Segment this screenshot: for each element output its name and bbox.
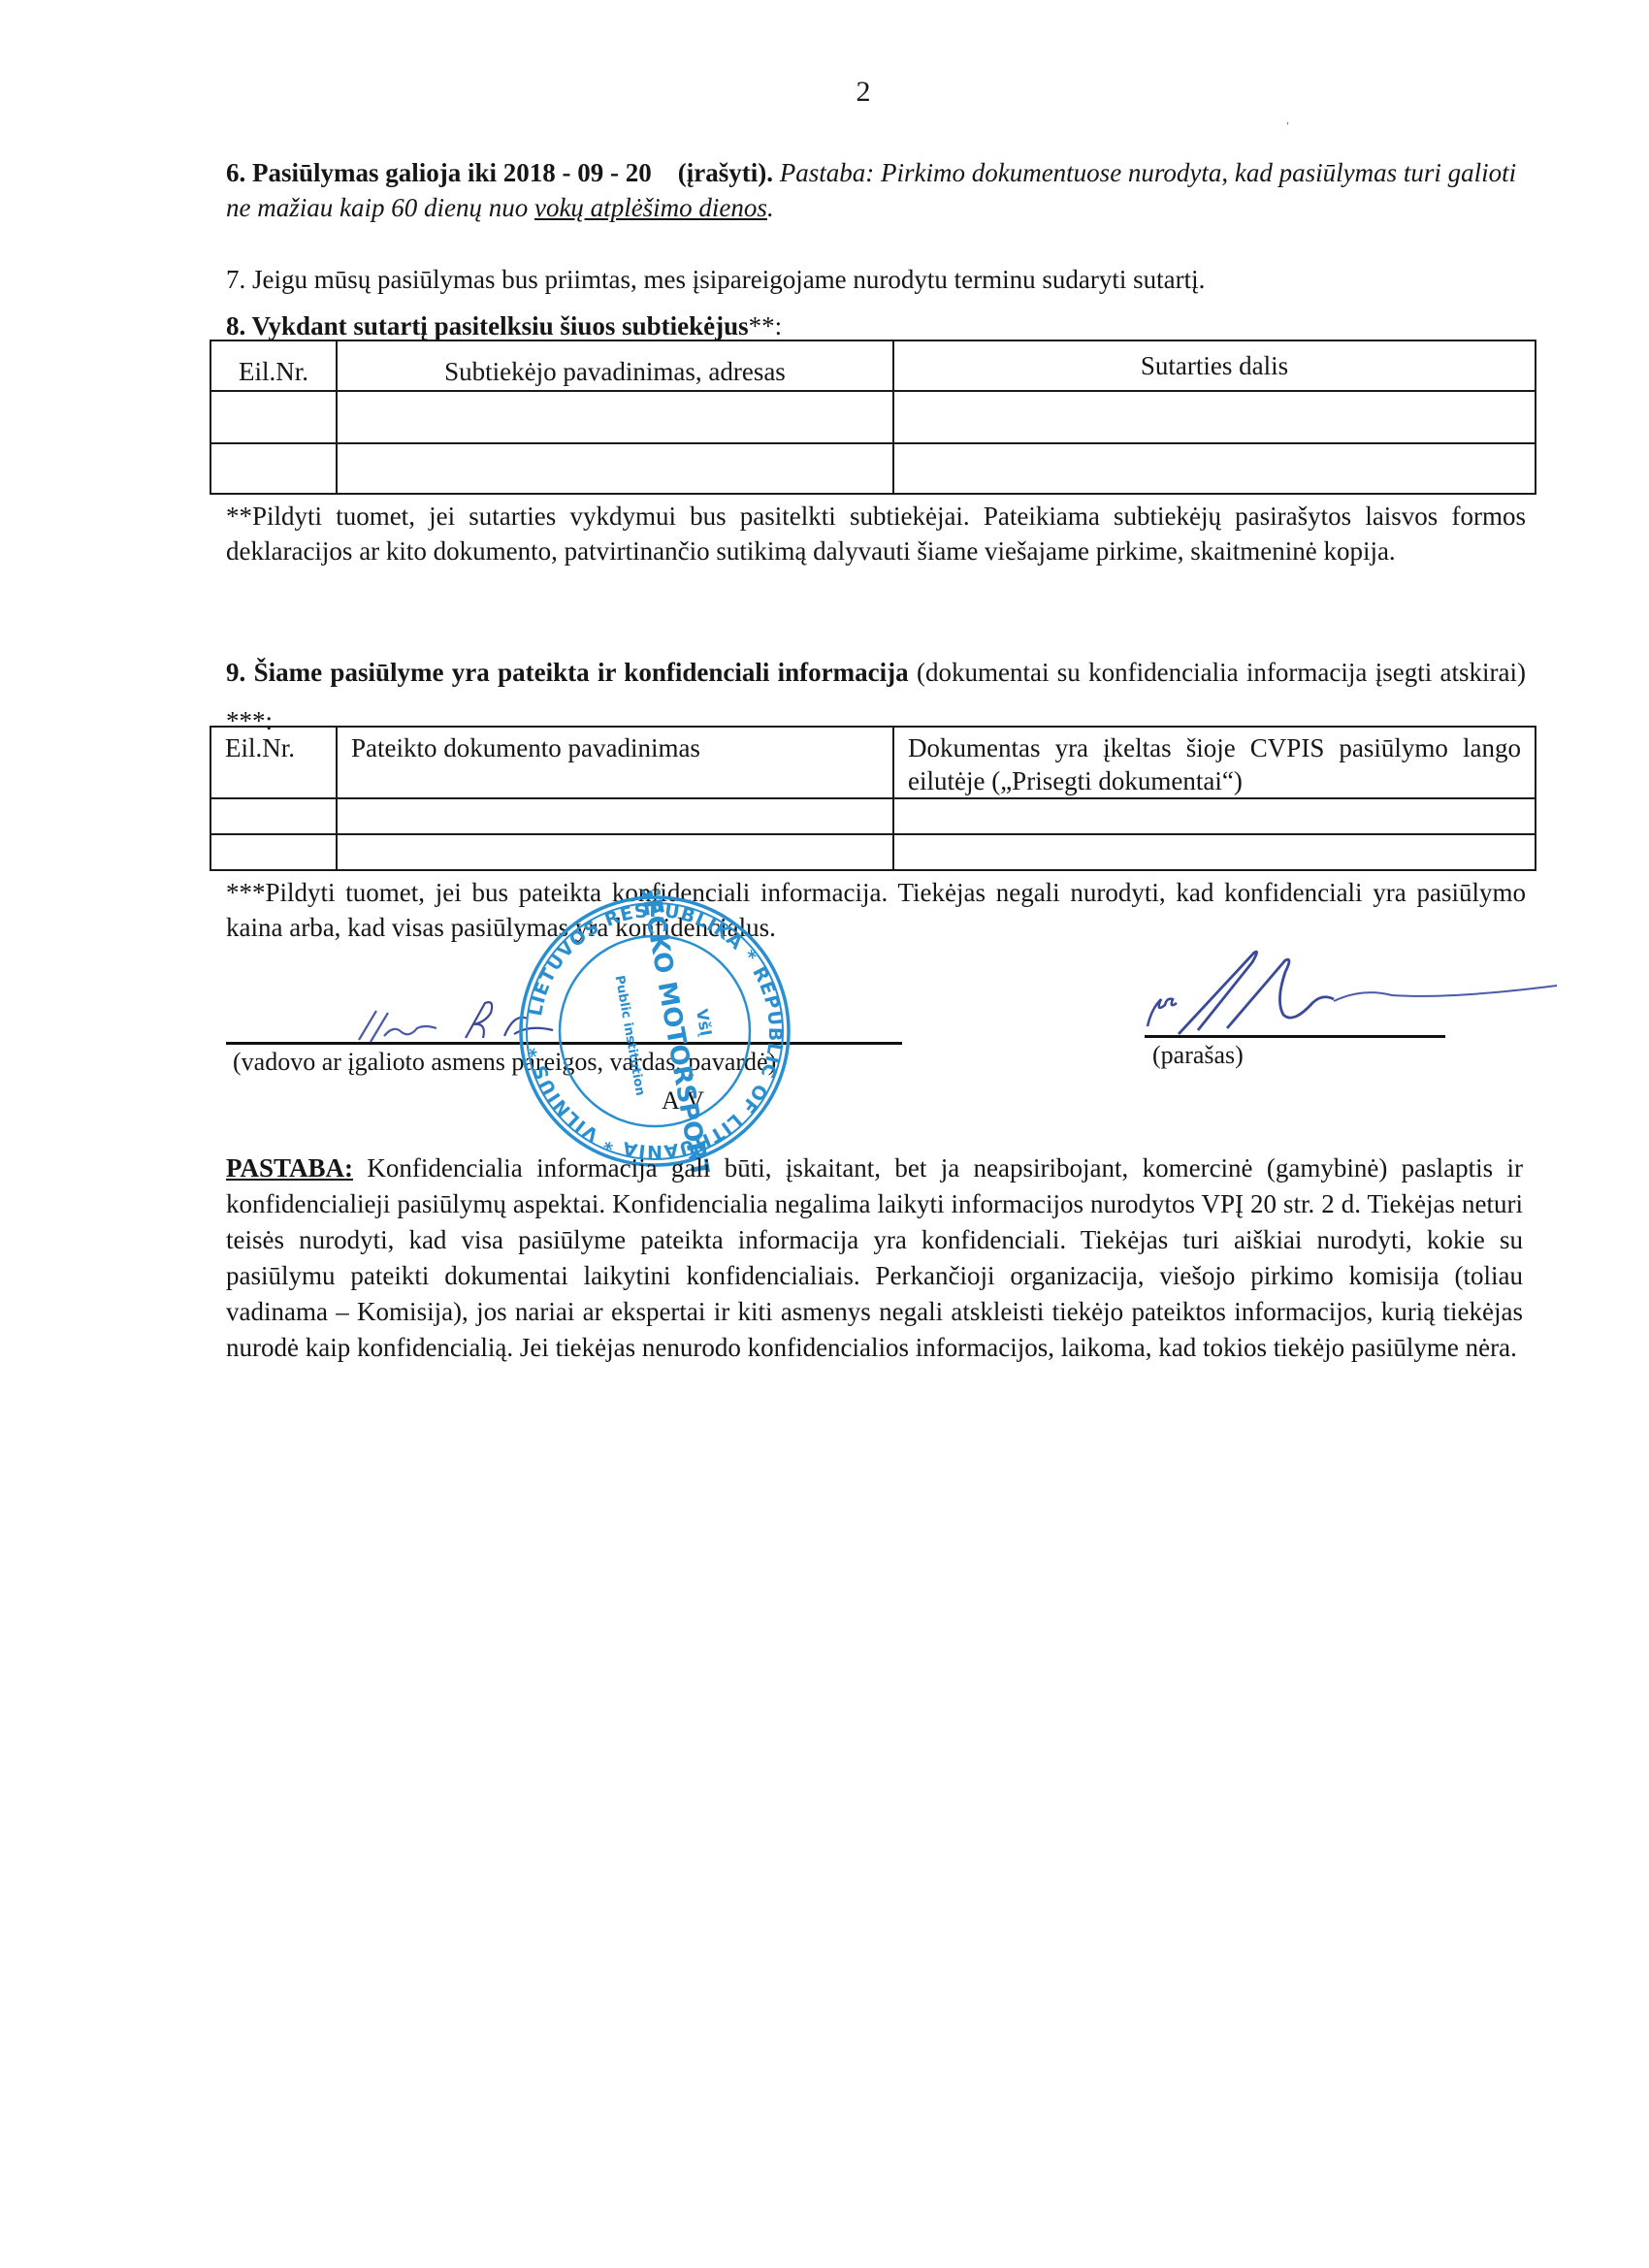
cell-uploaded-in-cvpis[interactable]	[893, 834, 1536, 870]
section-6-validity: 6. Pasiūlymas galioja iki 2018 - 09 - 20…	[226, 155, 1526, 225]
subcontractors-heading: 8. Vykdant sutartį pasitelksiu šiuos sub…	[226, 311, 749, 340]
cell-eil-nr[interactable]	[210, 443, 337, 494]
validity-note-underlined: vokų atplėšimo dienos	[534, 193, 767, 222]
table-row	[210, 798, 1536, 834]
confidential-documents-table: Eil.Nr. Pateikto dokumento pavadinimas D…	[210, 726, 1536, 871]
confidential-heading: 9. Šiame pasiūlyme yra pateikta ir konfi…	[226, 658, 909, 687]
subcontractors-table: Eil.Nr. Subtiekėjo pavadinimas, adresas …	[210, 340, 1536, 495]
svg-text:Public institution: Public institution	[612, 974, 648, 1096]
header-eil-nr: Eil.Nr.	[210, 340, 337, 391]
cell-uploaded-in-cvpis[interactable]	[893, 798, 1536, 834]
validity-note-end: .	[767, 193, 774, 222]
svg-text:VšĮ: VšĮ	[693, 1008, 716, 1038]
cell-eil-nr[interactable]	[210, 834, 337, 870]
cell-eil-nr[interactable]	[210, 798, 337, 834]
subcontractors-footnote: **Pildyti tuomet, jei sutarties vykdymui…	[226, 499, 1526, 568]
cell-document-name[interactable]	[337, 834, 893, 870]
table-row	[210, 391, 1536, 443]
validity-date-statement: 6. Pasiūlymas galioja iki 2018 - 09 - 20	[226, 158, 652, 187]
header-subcontractor-name: Subtiekėjo pavadinimas, adresas	[337, 340, 893, 391]
header-eil-nr: Eil.Nr.	[210, 727, 337, 798]
header-document-name: Pateikto dokumento pavadinimas	[337, 727, 893, 798]
header-uploaded-in-cvpis: Dokumentas yra įkeltas šioje CVPIS pasiū…	[893, 727, 1536, 798]
note-text: Konfidencialia informacija gali būti, įs…	[226, 1153, 1523, 1362]
table-row	[210, 834, 1536, 870]
organization-stamp-icon: LIETUVOS RESPUBLIKA * REPUBLIC OF LITHUA…	[514, 891, 795, 1172]
table-row	[210, 443, 1536, 494]
handwritten-signature-icon	[1140, 941, 1567, 1038]
section-7-commitment: 7. Jeigu mūsų pasiūlymas bus priimtas, m…	[226, 262, 1526, 297]
cell-subcontractor-name[interactable]	[337, 443, 893, 494]
cell-document-name[interactable]	[337, 798, 893, 834]
header-contract-part: Sutarties dalis	[893, 340, 1536, 391]
note-label: PASTABA:	[226, 1153, 353, 1183]
cell-contract-part[interactable]	[893, 391, 1536, 443]
table-header-row: Eil.Nr. Pateikto dokumento pavadinimas D…	[210, 727, 1536, 798]
section-8-heading: 8. Vykdant sutartį pasitelksiu šiuos sub…	[226, 308, 1526, 343]
scan-speck: ˌ	[1285, 109, 1290, 126]
table-header-row: Eil.Nr. Subtiekėjo pavadinimas, adresas …	[210, 340, 1536, 391]
signature-label: (parašas)	[1152, 1041, 1244, 1070]
heading-footnote-mark: **:	[749, 311, 783, 340]
cell-contract-part[interactable]	[893, 443, 1536, 494]
fill-instruction: (įrašyti).	[678, 158, 773, 187]
cell-subcontractor-name[interactable]	[337, 391, 893, 443]
cell-eil-nr[interactable]	[210, 391, 337, 443]
note-paragraph: PASTABA: Konfidencialia informacija gali…	[226, 1150, 1523, 1366]
confidential-footnote: ***Pildyti tuomet, jei bus pateikta konf…	[226, 875, 1526, 945]
page-number: 2	[0, 76, 1649, 109]
